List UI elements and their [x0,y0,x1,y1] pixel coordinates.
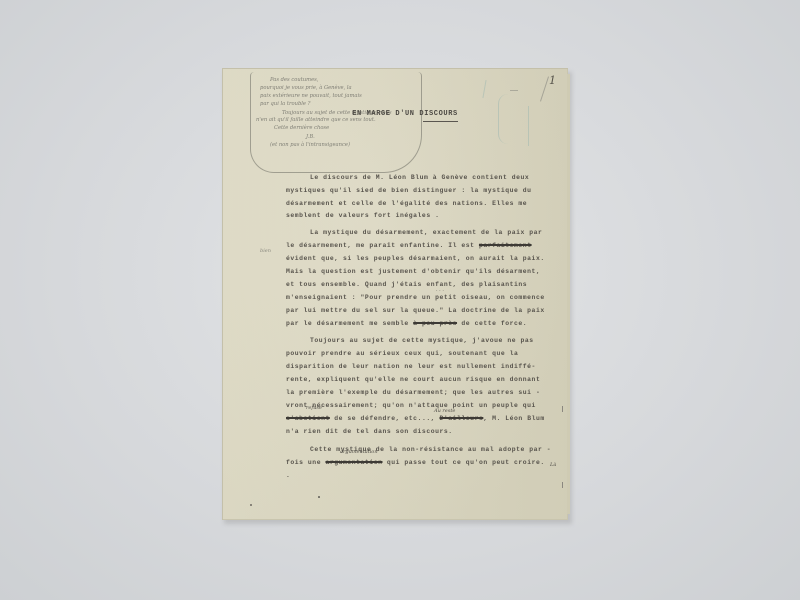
struck-text: D'ailleurs [439,415,483,422]
text-line: disparition de leur nation ne leur est n… [286,364,536,370]
handwritten-note-line: Pas des coutumes, [270,78,318,83]
text-line: par lui mettre du sel sur la queue." La … [286,308,545,314]
pencil-mark [540,76,549,101]
text-segment: m'enseignaient : "Pour prendre un petit … [286,294,545,301]
text-segment: Toujours au sujet de cette mystique, j'a… [310,337,534,344]
handwritten-note-line: par qui la trouble ? [260,102,310,107]
text-line: Toujours au sujet de cette mystique, j'a… [310,338,534,344]
margin-mark [562,406,563,412]
text-line: le désarmement, me paraît enfantine. Il … [286,243,532,249]
text-line: Mais la question est justement d'obtenir… [286,269,540,275]
text-segment: mystiques qu'il sied de bien distinguer … [286,187,532,194]
text-segment: le désarmement, me paraît enfantine. Il … [286,242,479,249]
text-line: évident que, si les peuples désarmaient,… [286,256,545,262]
text-segment: qui passe tout ce qu'on peut croire. [382,459,544,466]
handwritten-note-line: pourquoi je vous prie, à Genève, la [260,86,352,91]
struck-text: à peu près [413,320,457,327]
text-segment: et tous ensemble. Quand j'étais enfant, … [286,281,527,288]
text-line: la première l'exemple du désarmement; qu… [286,390,540,396]
text-segment: Le discours de M. Léon Blum à Genève con… [310,174,529,181]
text-segment: désarmement et celle de l'égalité des na… [286,200,527,207]
text-segment: . [286,472,290,479]
text-segment: pouvoir prendre au sérieux ceux qui, sou… [286,350,518,357]
text-line: Le discours de M. Léon Blum à Genève con… [310,175,529,181]
handwritten-note-line: n'en ait qu'il faille atteindre que ce s… [256,118,376,123]
text-line: fois une argumentation qui passe tout ce… [286,460,545,466]
text-segment: n'a rien dit de tel dans son discours. [286,428,453,435]
handwritten-insert: Là [550,462,556,468]
text-line: n'a rien dit de tel dans son discours. [286,429,453,435]
text-segment: , M. Léon Blum [483,415,544,422]
handwritten-insert: refuse [306,405,322,411]
handwritten-note-line: paix extérieure ne pouvait, tout jamais [260,94,362,99]
handwritten-note-line: J.B. [306,135,315,140]
text-line: . [286,473,290,479]
text-line: rente, expliquent qu'elle ne court aucun… [286,377,540,383]
text-line: m'enseignaient : "Pour prendre un petit … [286,295,545,301]
text-segment: par le désarmement me semble [286,320,413,327]
margin-mark [562,482,563,488]
text-line: pouvoir prendre au sérieux ceux qui, sou… [286,351,518,357]
page-number: 1 [549,74,556,87]
pencil-mark [498,94,509,144]
text-segment: fois une [286,459,325,466]
text-line: mystiques qu'il sied de bien distinguer … [286,188,532,194]
text-line: s'abstient de se défendre, etc..., D'ail… [286,416,545,422]
struck-text: argumentation [325,459,382,466]
margin-note-left: bien [260,248,271,254]
handwritten-insert: argumentation [340,449,378,455]
text-line: vront nécessairement; qu'on n'attaque po… [286,403,536,409]
text-segment: disparition de leur nation ne leur est n… [286,363,536,370]
text-segment: Mais la question est justement d'obtenir… [286,268,540,275]
text-segment: évident que, si les peuples désarmaient,… [286,255,545,262]
handwritten-note-line: (et non pas à l'intransigeance) [270,143,350,148]
text-segment: rente, expliquent qu'elle ne court aucun… [286,376,540,383]
text-line: par le désarmement me semble à peu près … [286,321,527,327]
handwritten-insert: · · · [436,288,444,294]
struck-text: s'abstient [286,415,330,422]
text-line: semblent de valeurs fort inégales . [286,213,439,219]
pencil-mark [482,80,486,98]
title-underline [423,121,458,122]
document-page: Pas des coutumes,pourquoi je vous prie, … [222,68,568,520]
text-segment: la première l'exemple du désarmement; qu… [286,389,540,396]
text-line: et tous ensemble. Quand j'étais enfant, … [286,282,527,288]
paper-speck [250,504,252,506]
text-line: La mystique du désarmement, exactement d… [310,230,542,236]
text-segment: de cette force. [457,320,527,327]
text-line: désarmement et celle de l'égalité des na… [286,201,527,207]
text-segment: de se défendre, etc..., [330,415,440,422]
document-title: EN MARGE D'UN DISCOURS [222,110,568,118]
struck-text: parfaitement [479,242,532,249]
text-segment: vront nécessairement; qu'on n'attaque po… [286,402,536,409]
text-segment: par lui mettre du sel sur la queue." La … [286,307,545,314]
pencil-mark [510,90,518,91]
paper-speck [318,496,320,498]
page-edge [567,74,570,514]
text-segment: semblent de valeurs fort inégales . [286,212,439,219]
text-segment: La mystique du désarmement, exactement d… [310,229,542,236]
handwritten-insert: Au reste [434,408,455,414]
handwritten-note-line: Cette dernière chose [274,126,329,131]
